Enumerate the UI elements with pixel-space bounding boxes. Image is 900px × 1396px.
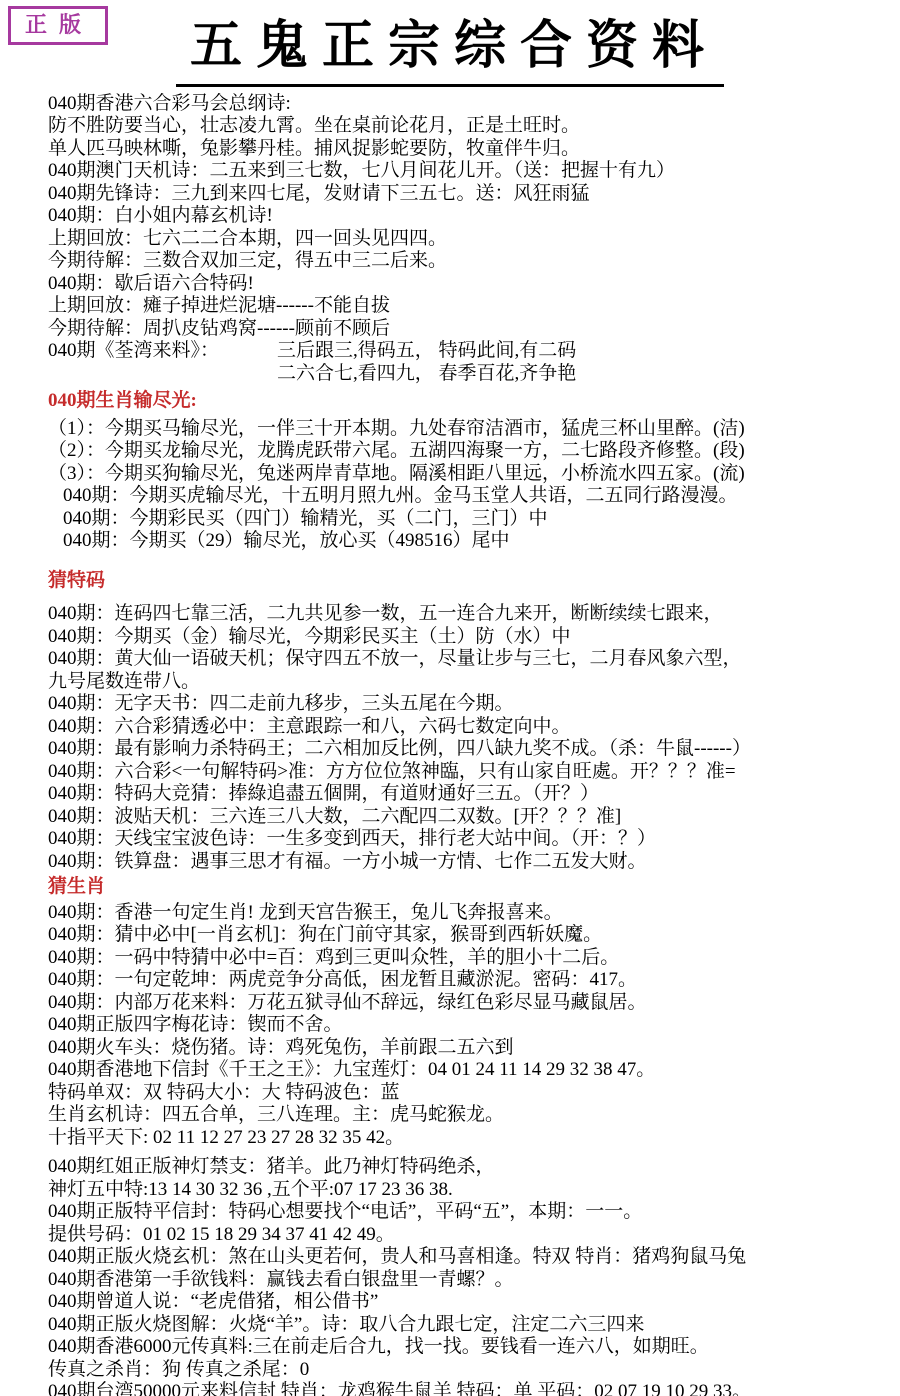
text-line: 十指平天下: 02 11 12 27 23 27 28 32 35 42。: [48, 1127, 894, 1150]
text-line: 040期：连码四七靠三活，二九共见参一数，五一连合九来开，断断续续七跟来，: [48, 603, 894, 626]
text-line: 040期正版火烧玄机：煞在山头更若何，贵人和马喜相逢。特双 特肖：猪鸡狗鼠马兔: [48, 1246, 894, 1269]
text-line: 三后跟三,得码五， 特码此间,有二码: [277, 340, 576, 363]
text-line: 040期香港地下信封《千王之王》：九宝莲灯：04 01 24 11 14 29 …: [48, 1059, 894, 1082]
text-line: 传真之杀肖：狗 传真之杀尾：0: [48, 1359, 894, 1382]
text-line: 040期：铁算盘：遇事三思才有福。一方小城一方情、七作二五发大财。: [48, 851, 894, 874]
quanwan-label: 040期《荃湾来料》：: [48, 340, 219, 363]
text-line: 040期：白小姐内幕玄机诗!: [48, 205, 894, 228]
quanwan-block: 040期《荃湾来料》： 三后跟三,得码五， 特码此间,有二码 二六合七,看四九，…: [48, 340, 894, 385]
text-line: 今期待解：三数合双加三定，得五中三二后来。: [48, 250, 894, 273]
text-line: 上期回放：瘫子掉进烂泥塘------不能自拔: [48, 295, 894, 318]
text-line: 040期火车头：烧伤猪。诗：鸡死兔伤，羊前跟二五六到: [48, 1037, 894, 1060]
section-heading-cai-tema: 猜特码: [48, 570, 894, 593]
text-line: 040期：波贴天机：三六连三八大数，二六配四二双数。[开？？？准]: [48, 806, 894, 829]
text-line: 040期正版火烧图解：火烧“羊”。诗：取八合九跟七定，注定二六三四来: [48, 1314, 894, 1337]
text-line: 040期：内部万花来料：万花五狱寻仙不辞远，绿红色彩尽显马藏鼠居。: [48, 992, 894, 1015]
text-line: 九号尾数连带八。: [48, 671, 894, 694]
section-heading-cai-shengxiao: 猜生肖: [48, 876, 894, 899]
text-line: 040期：歇后语六合特码!: [48, 273, 894, 296]
text-line: （2）：今期买龙输尽光，龙腾虎跃带六尾。五湖四海聚一方，二七路段齐修整。(段): [48, 440, 894, 463]
section-heading-shengxiao-shujinguang: 040期生肖输尽光:: [48, 390, 894, 413]
text-line: 二六合七,看四九， 春季百花,齐争艳: [277, 363, 576, 386]
text-line: 特码单双：双 特码大小：大 特码波色：蓝: [48, 1082, 894, 1105]
text-line: 040期正版四字梅花诗：锲而不舍。: [48, 1014, 894, 1037]
text-line: 040期：六合彩<一句解特码>准：方方位位煞神臨，只有山家自旺處。开？？？准=: [48, 761, 894, 784]
text-line: 040期正版特平信封：特码心想要找个“电话”，平码“五”，本期：一一。: [48, 1201, 894, 1224]
text-line: 提供号码：01 02 15 18 29 34 37 41 42 49。: [48, 1224, 894, 1247]
text-line: 040期：香港一句定生肖! 龙到天宫告猴王，兔儿飞奔报喜来。: [48, 902, 894, 925]
text-line: 单人匹马映林嘶，兔影攀丹桂。捕风捉影蛇要防，牧童伴牛归。: [48, 138, 894, 161]
text-line: 040期红姐正版神灯禁支：猪羊。此乃神灯特码绝杀，: [48, 1156, 894, 1179]
text-line: 040期：一码中特猜中必中=百：鸡到三更叫众牲，羊的胆小十二后。: [48, 947, 894, 970]
text-line: 神灯五中特:13 14 30 32 36 ,五个平:07 17 23 36 38…: [48, 1179, 894, 1202]
text-line: （1）：今期买马输尽光，一伴三十开本期。九处春帘洁酒市，猛虎三杯山里醉。(洁): [48, 418, 894, 441]
text-line: 040期：黄大仙一语破天机；保守四五不放一，尽量让步与三七，二月春风象六型，: [48, 648, 894, 671]
text-line: 040期：今期买（29）输尽光，放心买（498516）尾中: [48, 530, 894, 553]
text-line: 040期澳门天机诗：二五来到三七数，七八月间花儿开。（送：把握十有九）: [48, 160, 894, 183]
document-body: 040期香港六合彩马会总纲诗: 防不胜防要当心，壮志凌九霄。坐在桌前论花月，正是…: [0, 87, 900, 1396]
text-line: 040期：今期彩民买（四门）输精光，买（二门，三门）中: [48, 508, 894, 531]
text-line: （3）：今期买狗输尽光，兔迷两岸青草地。隔溪相距八里远，小桥流水四五家。(流): [48, 463, 894, 486]
text-line: 防不胜防要当心，壮志凌九霄。坐在桌前论花月，正是土旺时。: [48, 115, 894, 138]
text-line: 040期：无字天书：四二走前九移步，三头五尾在今期。: [48, 693, 894, 716]
page-title: 五鬼正宗综合资料: [176, 14, 724, 87]
text-line: 040期：特码大竞猜：捧綠追盡五個開，有道财通好三五。（开？）: [48, 783, 894, 806]
text-line: 040期：六合彩猜透必中：主意跟踪一和八，六码七数定向中。: [48, 716, 894, 739]
text-line: 040期：天线宝宝波色诗：一生多变到西天，排行老大站中间。（开：？）: [48, 828, 894, 851]
text-line: 040期：今期买（金）输尽光，今期彩民买主（土）防（水）中: [48, 626, 894, 649]
text-line: 040期先锋诗：三九到来四七尾，发财请下三五七。送：风狂雨猛: [48, 183, 894, 206]
text-line: 040期：最有影响力杀特码王；二六相加反比例，四八缺九奖不成。（杀：牛鼠----…: [48, 738, 894, 761]
text-line: 040期香港第一手欲钱料：赢钱去看白银盘里一青螺？。: [48, 1269, 894, 1292]
text-line: 040期香港六合彩马会总纲诗:: [48, 93, 894, 116]
text-line: 040期：今期买虎输尽光，十五明月照九州。金马玉堂人共语，二五同行路漫漫。: [48, 485, 894, 508]
text-line: 040期：一句定乾坤：两虎竞争分高低，困龙暂且藏淤泥。密码：417。: [48, 969, 894, 992]
text-line: 上期回放：七六二二合本期，四一回头见四四。: [48, 228, 894, 251]
text-line: 040期香港6000元传真料:三在前走后合九，找一找。要钱看一连六八，如期旺。: [48, 1336, 894, 1359]
quanwan-verses: 三后跟三,得码五， 特码此间,有二码 二六合七,看四九， 春季百花,齐争艳: [277, 340, 576, 385]
text-line: 040期台湾50000元来料信封 特肖：龙鸡猴牛鼠羊 特码：单 平码：02 07…: [48, 1381, 894, 1396]
text-line: 040期曾道人说：“老虎借猪，相公借书”: [48, 1291, 894, 1314]
title-area: 五鬼正宗综合资料: [0, 14, 900, 87]
authentic-badge: 正版: [8, 6, 108, 45]
text-line: 040期：猜中必中[一肖玄机]：狗在门前守其家，猴哥到西斩妖魔。: [48, 924, 894, 947]
text-line: 生肖玄机诗：四五合单，三八连理。主：虎马蛇猴龙。: [48, 1104, 894, 1127]
text-line: 今期待解：周扒皮钻鸡窝------顾前不顾后: [48, 318, 894, 341]
